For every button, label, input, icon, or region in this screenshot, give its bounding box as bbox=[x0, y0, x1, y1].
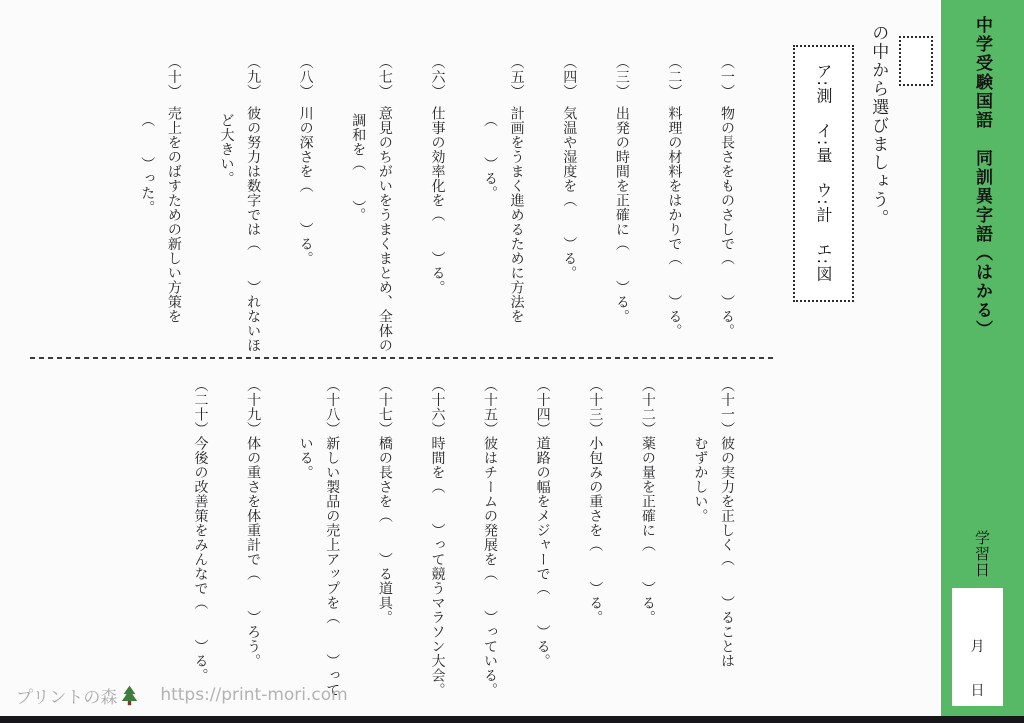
question-item: （十三）小包みの重さを（ ）る。 bbox=[582, 378, 609, 718]
question-item: （十五）彼はチームの発展を（ ）っている。 bbox=[476, 378, 503, 718]
question-item: （十） 売上をのばすための新しい方策を （ ）った。 bbox=[134, 55, 187, 367]
question-item: （九） 彼の努力は数字では（ ）れないほ ど大きい。 bbox=[213, 55, 266, 367]
study-date-label: 学習日 bbox=[972, 530, 993, 578]
date-entry-box: 月 日 bbox=[952, 588, 1003, 706]
instruction-text-after: の中から選びましょう。 bbox=[868, 24, 888, 228]
site-name: プリントの森 bbox=[16, 683, 117, 708]
question-item: （八） 川の深さを（ ）る。 bbox=[292, 55, 319, 367]
answer-options-text: ア:測 イ:量 ウ:計 エ:図 bbox=[812, 63, 835, 283]
question-item: （十九）体の重さを体重計で（ ）ろう。 bbox=[239, 378, 266, 718]
tree-icon bbox=[121, 684, 138, 706]
question-item: （十四）道路の幅をメジャーで（ ）る。 bbox=[529, 378, 556, 718]
question-item: （十一）彼の実力を正しく（ ）ることは むずかしい。 bbox=[687, 378, 740, 718]
question-item: （六） 仕事の効率化を（ ）る。 bbox=[424, 55, 451, 367]
question-item: （二十）今後の改善策をみんなで（ ）る。 bbox=[187, 378, 214, 718]
footer: プリントの森 https://print-mori.com bbox=[16, 682, 348, 708]
banner: 中学受験国語 同訓異字語（はかる） 学習日 月 日 bbox=[941, 0, 1024, 716]
question-item: （十七）橋の長さを（ ）る道具。 bbox=[371, 378, 398, 718]
answer-options-box: ア:測 イ:量 ウ:計 エ:図 bbox=[793, 45, 854, 302]
question-item: （四） 気温や湿度を（ ）る。 bbox=[556, 55, 583, 367]
month-label: 月 bbox=[971, 636, 985, 656]
bottom-edge-strip bbox=[0, 716, 1024, 723]
question-item: （十六）時間を（ ）って競うマラソン大会。 bbox=[424, 378, 451, 718]
site-url: https://print-mori.com bbox=[160, 685, 347, 705]
day-label: 日 bbox=[971, 680, 985, 700]
worksheet-page: 1 次の文中の（ ）に入る正しい漢字を の中から選びましょう。 ア:測 イ:量 … bbox=[0, 0, 1024, 723]
questions-top-section: （一） 物の長さをものさしで（ ）る。 （二） 料理の材料をはかりで（ ）る。 … bbox=[96, 55, 740, 367]
question-item: （三） 出発の時間を正確に（ ）る。 bbox=[608, 55, 635, 367]
page-title: 中学受験国語 同訓異字語（はかる） bbox=[970, 16, 995, 339]
question-item: （二） 料理の材料をはかりで（ ）る。 bbox=[661, 55, 688, 367]
answer-source-blank-box bbox=[899, 36, 933, 86]
question-item: （十八）新しい製品の売上アップを（ ）って いる。 bbox=[292, 378, 345, 718]
question-item: （一） 物の長さをものさしで（ ）る。 bbox=[713, 55, 740, 367]
question-item: （五） 計画をうまく進めるために方法を （ ）る。 bbox=[476, 55, 529, 367]
question-item: （七） 意見のちがいをうまくまとめ、全体の 調和を（ ）。 bbox=[345, 55, 398, 367]
section-divider bbox=[30, 357, 774, 359]
questions-bottom-section: （十一）彼の実力を正しく（ ）ることは むずかしい。 （十二）薬の量を正確に（ … bbox=[98, 378, 740, 718]
question-item: （十二）薬の量を正確に（ ）る。 bbox=[634, 378, 661, 718]
